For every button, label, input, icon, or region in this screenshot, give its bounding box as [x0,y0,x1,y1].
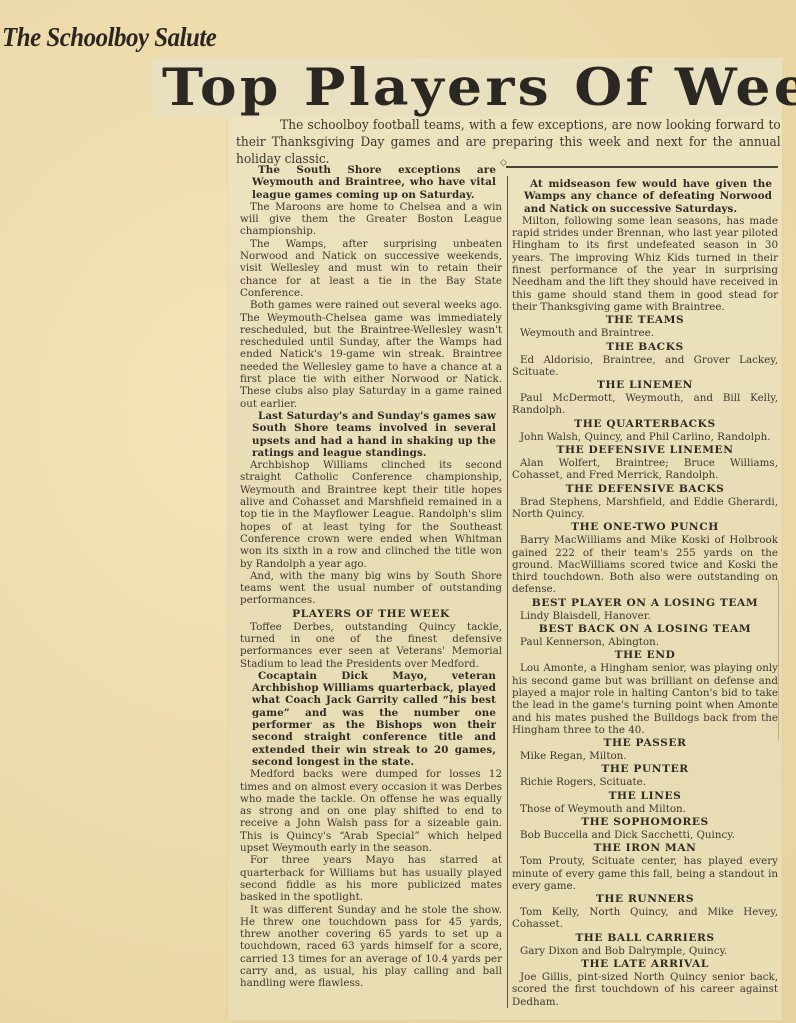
award-heading: THE BALL CARRIERS [512,932,778,945]
body-paragraph: The Maroons are home to Chelsea and a wi… [240,201,502,238]
left-column: The South Shore exceptions are Weymouth … [240,164,502,990]
torn-edge [778,580,783,740]
award-text: Weymouth and Braintree. [512,327,778,339]
section-kicker: The Schoolboy Salute [2,22,216,53]
award-heading: THE ONE-TWO PUNCH [512,521,778,534]
lead-paragraph: Last Saturday's and Sunday's games saw S… [240,410,502,459]
body-paragraph: For three years Mayo has starred at quar… [240,854,502,903]
body-paragraph: Both games were rained out several weeks… [240,299,502,410]
award-heading: THE PUNTER [512,763,778,776]
headline: Top Players Of Week [162,58,796,118]
lead-paragraph: Cocaptain Dick Mayo, veteran Archbishop … [240,670,502,768]
award-text: Lindy Blaisdell, Hanover. [512,610,778,622]
deck-paragraph: The schoolboy football teams, with a few… [236,117,781,168]
award-text: Brad Stephens, Marshfield, and Eddie Ghe… [512,496,778,521]
award-heading: THE IRON MAN [512,842,778,855]
right-column: At midseason few would have given the Wa… [512,178,778,1008]
body-paragraph: Medford backs were dumped for losses 12 … [240,768,502,854]
body-paragraph: And, with the many big wins by South Sho… [240,570,502,607]
award-heading: THE END [512,649,778,662]
award-heading: THE TEAMS [512,314,778,327]
award-heading: THE LINES [512,790,778,803]
column-divider [507,176,508,1008]
award-text: Those of Weymouth and Milton. [512,803,778,815]
lead-paragraph: The South Shore exceptions are Weymouth … [240,164,502,201]
award-heading: THE BACKS [512,341,778,354]
award-text: Lou Amonte, a Hingham senior, was playin… [512,662,778,736]
award-heading: THE RUNNERS [512,893,778,906]
award-heading: THE DEFENSIVE LINEMEN [512,444,778,457]
award-heading: THE QUARTERBACKS [512,418,778,431]
body-paragraph: Milton, following some lean seasons, has… [512,215,778,313]
award-text: Ed Aldorisio, Braintree, and Grover Lack… [512,354,778,379]
award-heading: BEST PLAYER ON A LOSING TEAM [512,597,778,610]
award-heading: BEST BACK ON A LOSING TEAM [512,623,778,636]
body-paragraph: The Wamps, after surprising unbeaten Nor… [240,238,502,299]
section-heading: PLAYERS OF THE WEEK [240,608,502,621]
award-heading: THE PASSER [512,737,778,750]
award-text: Mike Regan, Milton. [512,750,778,762]
award-text: Joe Gillis, pint-sized North Quincy seni… [512,971,778,1008]
body-paragraph: It was different Sunday and he stole the… [240,904,502,990]
lead-paragraph: At midseason few would have given the Wa… [512,178,778,215]
award-text: John Walsh, Quincy, and Phil Carlino, Ra… [512,431,778,443]
body-paragraph: Toffee Derbes, outstanding Quincy tackle… [240,621,502,670]
award-text: Tom Prouty, Scituate center, has played … [512,855,778,892]
award-heading: THE LINEMEN [512,379,778,392]
award-heading: THE DEFENSIVE BACKS [512,483,778,496]
award-heading: THE LATE ARRIVAL [512,958,778,971]
award-text: Bob Buccella and Dick Sacchetti, Quincy. [512,829,778,841]
award-heading: THE SOPHOMORES [512,816,778,829]
award-text: Tom Kelly, North Quincy, and Mike Hevey,… [512,906,778,931]
award-text: Paul McDermott, Weymouth, and Bill Kelly… [512,392,778,417]
award-text: Gary Dixon and Bob Dalrymple, Quincy. [512,945,778,957]
award-text: Paul Kennerson, Abington. [512,636,778,648]
award-text: Barry MacWilliams and Mike Koski of Holb… [512,534,778,595]
award-text: Alan Wolfert, Braintree; Bruce Williams,… [512,457,778,482]
column-rule-diamond [506,166,778,168]
article-deck: The schoolboy football teams, with a few… [236,117,781,168]
award-text: Richie Rogers, Scituate. [512,776,778,788]
body-paragraph: Archbishop Williams clinched its second … [240,459,502,570]
